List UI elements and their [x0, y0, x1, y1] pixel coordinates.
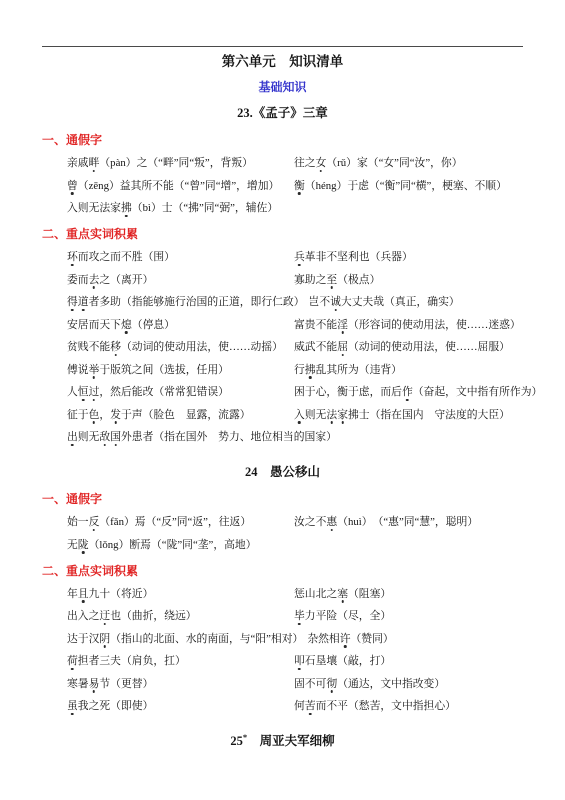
entry-right: 何苦而不平（愁苦，文中指担心） — [294, 699, 456, 713]
entry-right: 威武不能屈（动词的使动用法，使……屈服） — [294, 340, 510, 354]
entry-left: 寒暑易节（更替） — [67, 677, 294, 691]
entry-right: 惩山北之塞（阻塞） — [294, 587, 391, 601]
entry-row: 曾（zēng）益其所不能（“曾”同“增”，增加）衡（héng）于虑（“衡”同“横… — [67, 179, 523, 193]
lesson-title: 《孟子》三章 — [253, 106, 328, 120]
entry-row: 征于色，发于声（脸色 显露，流露）入则无法家拂士（指在国内 守法度的大臣） — [67, 408, 523, 422]
lesson-block-25: 25* 周亚夫军细柳 — [42, 733, 523, 749]
section-heading: 一、通假字 — [42, 133, 523, 148]
entry-left: 人恒过，然后能改（常常犯错误） — [67, 385, 294, 399]
lesson-number: 23. — [237, 106, 253, 120]
entry-row: 人恒过，然后能改（常常犯错误）困于心，衡于虑，而后作（奋起，文中指有所作为） — [67, 385, 523, 399]
entry-row: 荷担者三夫（肩负，扛）叩石垦壤（敲，打） — [67, 654, 523, 668]
entry-row: 入则无法家拂（bì）士（“拂”同“弼”，辅佐） — [67, 201, 523, 215]
entry-row: 安居而天下熄（停息）富贵不能淫（形容词的使动用法，使……迷惑） — [67, 318, 523, 332]
entry-right: 寡助之至（极点） — [294, 273, 380, 287]
lesson-heading: 24 愚公移山 — [42, 464, 523, 480]
entry-row: 傅说举于版筑之间（选拔，任用）行拂乱其所为（违背） — [67, 363, 523, 377]
entry-left: 征于色，发于声（脸色 显露，流露） — [67, 408, 294, 422]
section-heading: 二、重点实词积累 — [42, 227, 523, 242]
entry-row: 寒暑易节（更替）固不可彻（通达，文中指改变） — [67, 677, 523, 691]
entry-row: 出则无敌国外患者（指在国外 势力、地位相当的国家） — [67, 430, 523, 444]
lesson-block-23: 23.《孟子》三章一、通假字亲戚畔（pàn）之（“畔”同“叛”，背叛）往之女（r… — [42, 105, 523, 444]
entry-row: 无陇（lǒng）断焉（“陇”同“垄”，高地） — [67, 538, 523, 552]
entry-right: 入则无法家拂士（指在国内 守法度的大臣） — [294, 408, 510, 422]
lesson-number: 24 — [245, 465, 258, 479]
lesson-title: 愚公移山 — [257, 465, 320, 479]
entry-row: 贫贱不能移（动词的使动用法，使……动摇）威武不能屈（动词的使动用法，使……屈服） — [67, 340, 523, 354]
entry-right: 行拂乱其所为（违背） — [294, 363, 402, 377]
entry-left: 曾（zēng）益其所不能（“曾”同“增”，增加） — [67, 179, 294, 193]
entry-row: 委而去之（离开）寡助之至（极点） — [67, 273, 523, 287]
entry-right: 叩石垦壤（敲，打） — [294, 654, 391, 668]
entry-left: 出入之迂也（曲折，绕远） — [67, 609, 294, 623]
main-title: 第六单元 知识清单 — [42, 53, 523, 70]
entry-row: 亲戚畔（pàn）之（“畔”同“叛”，背叛）往之女（rǔ）家（“女”同“汝”，你） — [67, 156, 523, 170]
entry-left: 安居而天下熄（停息） — [67, 318, 294, 332]
entry-left: 委而去之（离开） — [67, 273, 294, 287]
section-heading: 二、重点实词积累 — [42, 564, 523, 579]
lesson-title: 周亚夫军细柳 — [247, 734, 335, 748]
entry-left: 贫贱不能移（动词的使动用法，使……动摇） — [67, 340, 294, 354]
entry-row: 虽我之死（即使）何苦而不平（愁苦，文中指担心） — [67, 699, 523, 713]
entry-left: 荷担者三夫（肩负，扛） — [67, 654, 294, 668]
entry-right: 富贵不能淫（形容词的使动用法，使……迷惑） — [294, 318, 521, 332]
top-rule — [42, 46, 523, 47]
entry-left: 出则无敌国外患者（指在国外 势力、地位相当的国家） — [67, 430, 341, 444]
entry-left: 入则无法家拂（bì）士（“拂”同“弼”，辅佐） — [67, 201, 294, 215]
entry-row: 环而攻之而不胜（围）兵革非不坚利也（兵器） — [67, 250, 523, 264]
entry-right: 杂然相许（赞同） — [307, 632, 393, 646]
entry-left: 环而攻之而不胜（围） — [67, 250, 294, 264]
entry-left: 无陇（lǒng）断焉（“陇”同“垄”，高地） — [67, 538, 294, 552]
subject-heading: 基础知识 — [42, 80, 523, 95]
document-page: 第六单元 知识清单 基础知识 23.《孟子》三章一、通假字亲戚畔（pàn）之（“… — [0, 0, 565, 800]
section-heading: 一、通假字 — [42, 492, 523, 507]
entry-left: 年且九十（将近） — [67, 587, 294, 601]
lesson-heading: 23.《孟子》三章 — [42, 105, 523, 121]
entry-right: 汝之不惠（huì） （“惠”同“慧”，聪明） — [294, 515, 478, 529]
lesson-block-24: 24 愚公移山一、通假字始一反（fǎn）焉（“反”同“返”，往返）汝之不惠（hu… — [42, 464, 523, 713]
entry-right: 困于心，衡于虑，而后作（奋起，文中指有所作为） — [294, 385, 542, 399]
entry-right: 固不可彻（通达，文中指改变） — [294, 677, 445, 691]
entry-left: 亲戚畔（pàn）之（“畔”同“叛”，背叛） — [67, 156, 294, 170]
entry-right: 衡（héng）于虑（“衡”同“横”，梗塞、不顺） — [294, 179, 507, 193]
entry-right: 毕力平险（尽，全） — [294, 609, 391, 623]
entry-left: 虽我之死（即使） — [67, 699, 294, 713]
entry-row: 达于汉阴（指山的北面、水的南面，与“阳”相对）杂然相许（赞同） — [67, 632, 523, 646]
entry-right: 兵革非不坚利也（兵器） — [294, 250, 413, 264]
entry-right: 岂不诚大丈夫哉（真正，确实） — [309, 295, 460, 309]
entry-row: 年且九十（将近）惩山北之塞（阻塞） — [67, 587, 523, 601]
entry-row: 出入之迂也（曲折，绕远）毕力平险（尽，全） — [67, 609, 523, 623]
entry-row: 始一反（fǎn）焉（“反”同“返”，往返）汝之不惠（huì） （“惠”同“慧”，… — [67, 515, 523, 529]
entry-left: 得道者多助（指能够施行治国的正道，即行仁政） — [67, 295, 309, 309]
lessons-container: 23.《孟子》三章一、通假字亲戚畔（pàn）之（“畔”同“叛”，背叛）往之女（r… — [42, 105, 523, 749]
lesson-heading: 25* 周亚夫军细柳 — [42, 733, 523, 749]
entry-left: 傅说举于版筑之间（选拔，任用） — [67, 363, 294, 377]
entry-left: 达于汉阴（指山的北面、水的南面，与“阳”相对） — [67, 632, 307, 646]
lesson-number: 25 — [230, 734, 243, 748]
entry-right: 往之女（rǔ）家（“女”同“汝”，你） — [294, 156, 463, 170]
entry-row: 得道者多助（指能够施行治国的正道，即行仁政）岂不诚大丈夫哉（真正，确实） — [67, 295, 523, 309]
entry-left: 始一反（fǎn）焉（“反”同“返”，往返） — [67, 515, 294, 529]
